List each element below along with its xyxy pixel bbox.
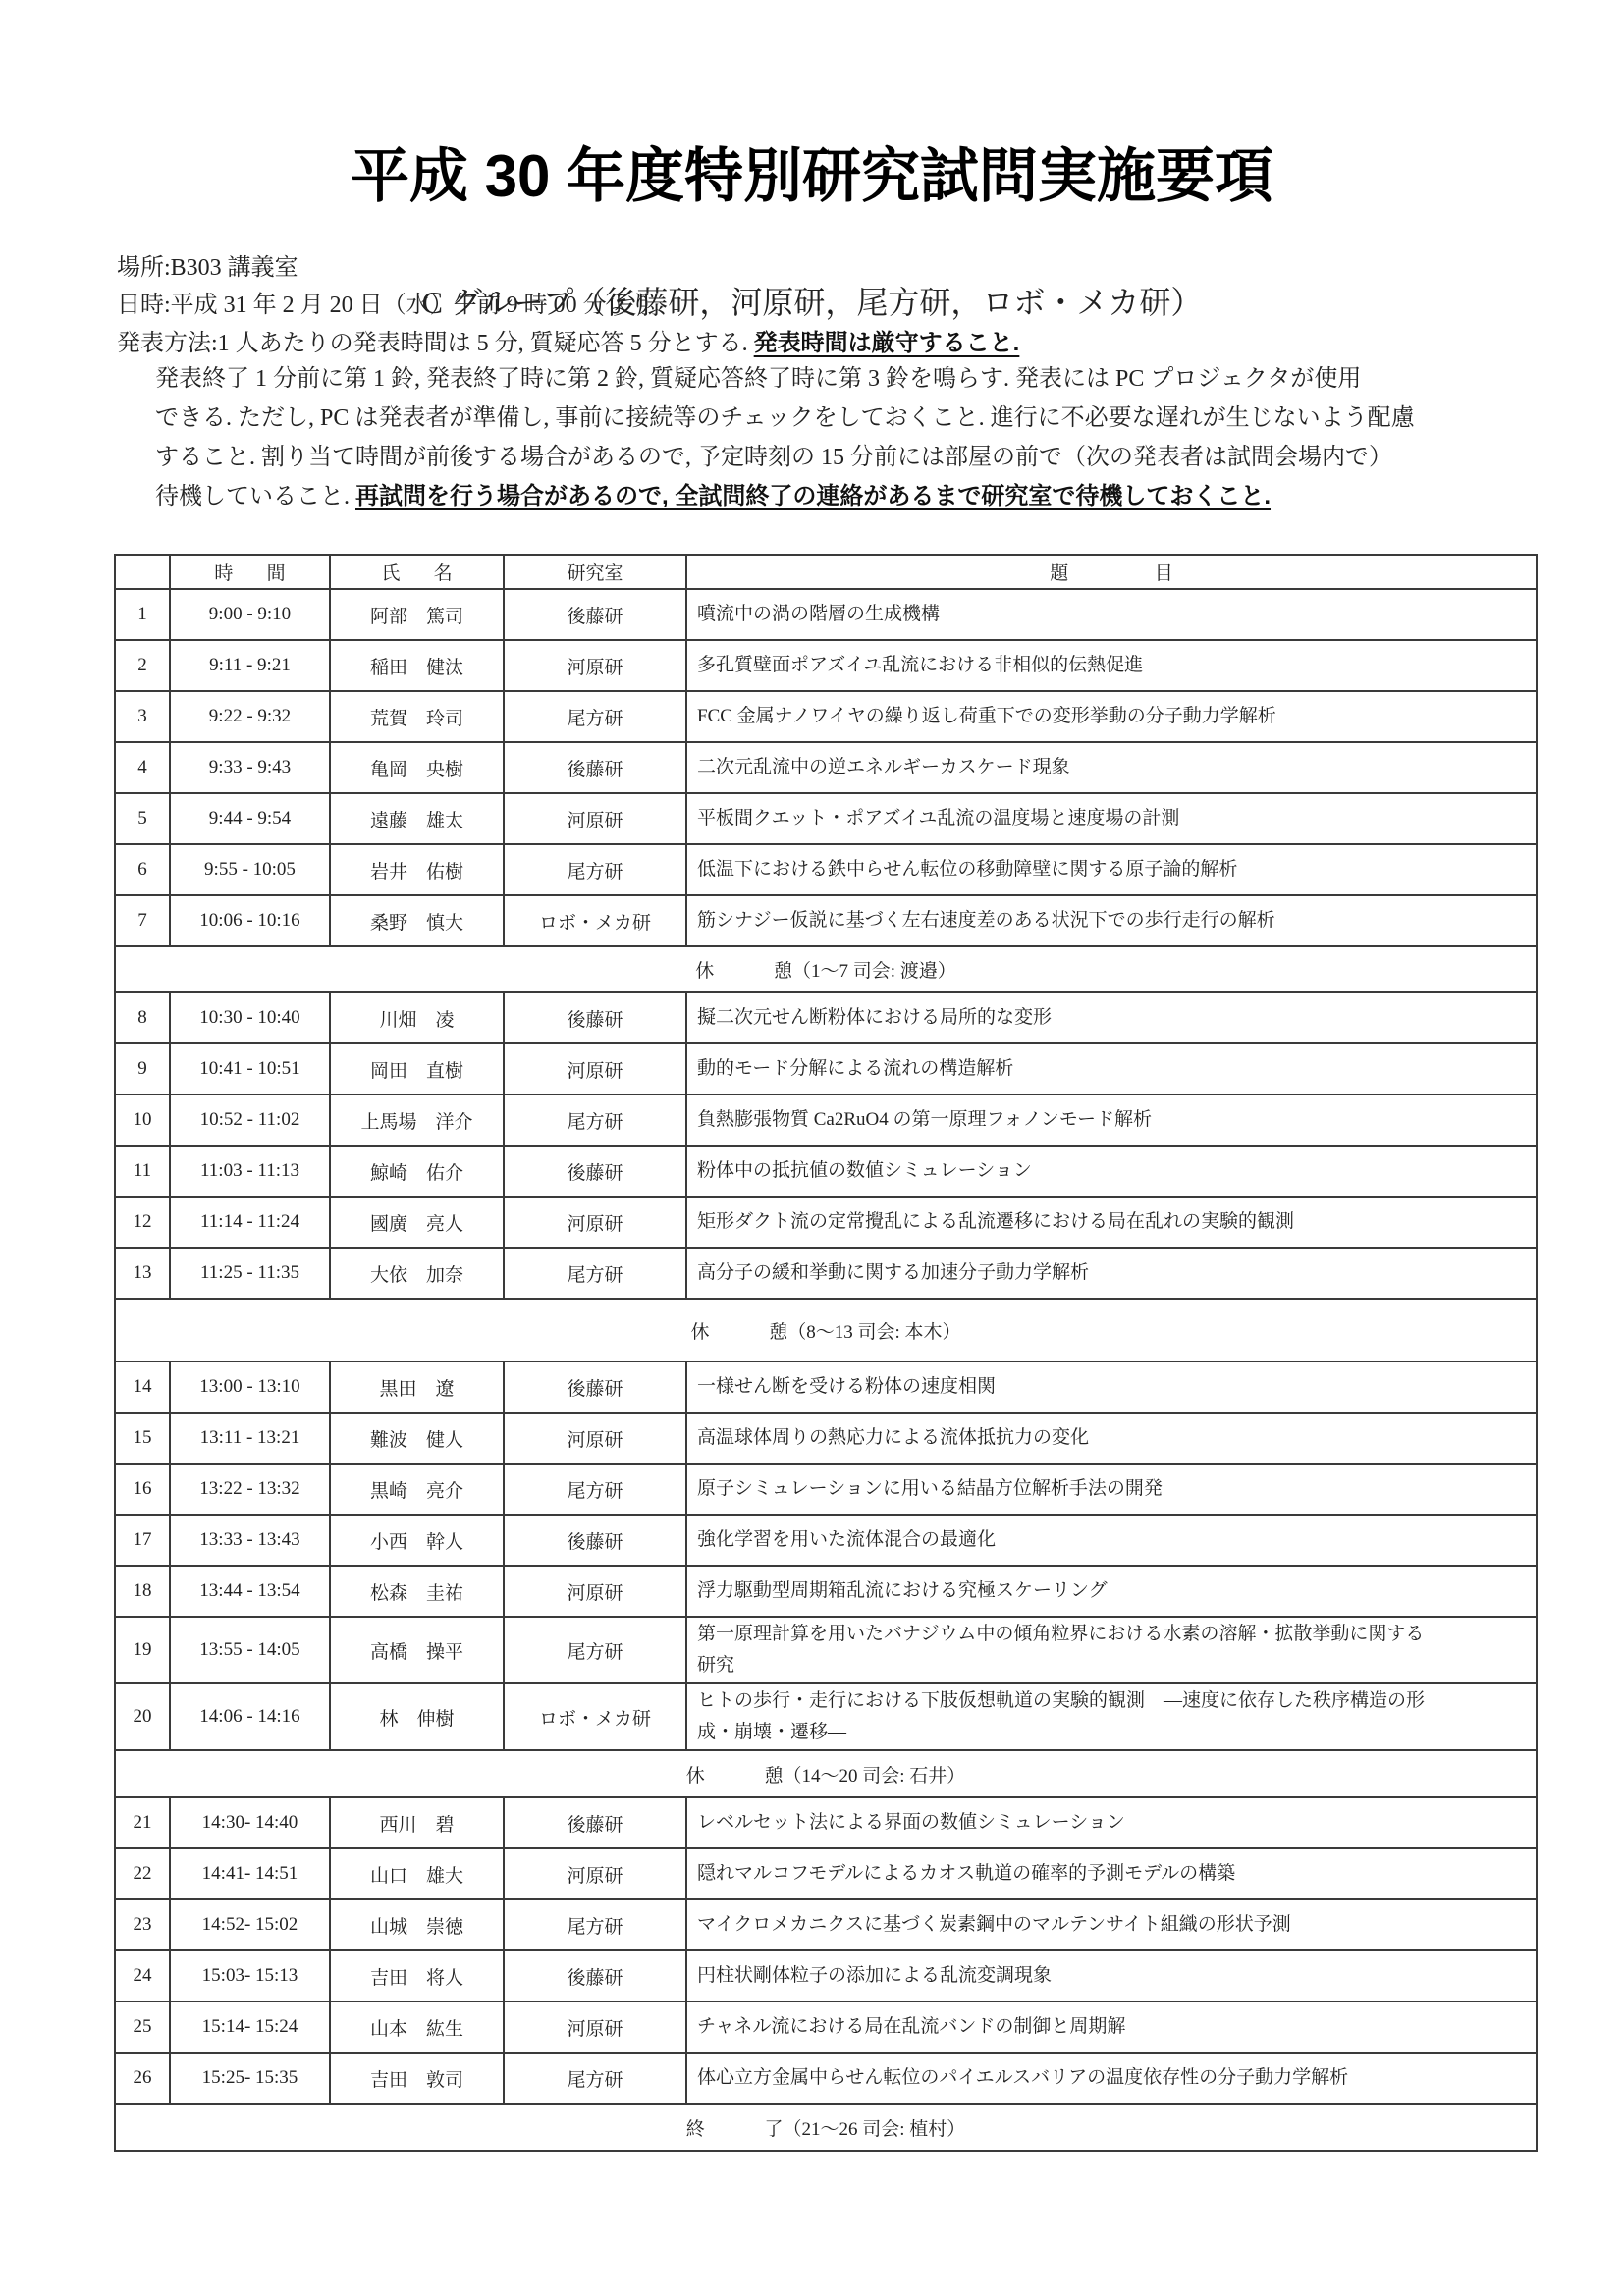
- table-row: 2114:30- 14:40西川碧後藤研レベルセット法による界面の数値シミュレー…: [115, 1797, 1537, 1848]
- cell-title: 筋シナジー仮説に基づく左右速度差のある状況下での歩行走行の解析: [686, 895, 1537, 946]
- cell-name: 西川碧: [330, 1797, 504, 1848]
- cell-time: 13:00 - 13:10: [170, 1362, 330, 1413]
- given-name: 伸樹: [417, 1709, 455, 1730]
- family-name: 遠藤: [370, 811, 407, 831]
- cell-lab: 河原研: [504, 1848, 686, 1899]
- cell-no: 16: [115, 1464, 170, 1515]
- title-line: 矩形ダクト流の定常攪乱による乱流遷移における局在乱れの実験的観測: [697, 1206, 1536, 1238]
- cell-name: 吉田敦司: [330, 2053, 504, 2104]
- cell-no: 4: [115, 742, 170, 793]
- given-name: 敦司: [426, 2070, 463, 2091]
- cell-title: 強化学習を用いた流体混合の最適化: [686, 1515, 1537, 1566]
- family-name: 難波: [370, 1430, 407, 1451]
- family-name: 吉田: [370, 2070, 407, 2091]
- cell-time: 13:22 - 13:32: [170, 1464, 330, 1515]
- given-name: 碧: [436, 1815, 455, 1836]
- header-title: 題目: [686, 555, 1537, 589]
- title-line: 隠れマルコフモデルによるカオス軌道の確率的予測モデルの構築: [697, 1858, 1536, 1890]
- break-label-a: 休: [686, 1766, 705, 1787]
- given-name: 紘生: [426, 2019, 463, 2040]
- table-row: 1813:44 - 13:54松森圭祐河原研浮力駆動型周期箱乱流における究極スケ…: [115, 1566, 1537, 1617]
- cell-lab: 尾方研: [504, 844, 686, 895]
- cell-name: 黒田遼: [330, 1362, 504, 1413]
- cell-title: 擬二次元せん断粉体における局所的な変形: [686, 992, 1537, 1043]
- family-name: 小西: [370, 1532, 407, 1553]
- cell-time: 15:25- 15:35: [170, 2053, 330, 2104]
- schedule-table: 時間 氏名 研究室 題目 19:00 - 9:10阿部篤司後藤研噴流中の渦の階層…: [114, 554, 1538, 2152]
- cell-name: 林伸樹: [330, 1683, 504, 1750]
- family-name: 川畑: [379, 1010, 416, 1031]
- cell-no: 14: [115, 1362, 170, 1413]
- family-name: 大依: [370, 1265, 407, 1286]
- cell-lab: 後藤研: [504, 992, 686, 1043]
- end-row: 終了（21～26 司会: 植村）: [115, 2104, 1537, 2151]
- header-time: 時間: [170, 555, 330, 589]
- given-name: 健人: [426, 1430, 463, 1451]
- given-name: 加奈: [426, 1265, 463, 1286]
- cell-name: 桑野慎大: [330, 895, 504, 946]
- cell-no: 19: [115, 1617, 170, 1683]
- cell-lab: 河原研: [504, 1413, 686, 1464]
- table-row: 910:41 - 10:51岡田直樹河原研動的モード分解による流れの構造解析: [115, 1043, 1537, 1095]
- cell-name: 荒賀玲司: [330, 691, 504, 742]
- cell-lab: 後藤研: [504, 1362, 686, 1413]
- cell-time: 13:11 - 13:21: [170, 1413, 330, 1464]
- family-name: 荒賀: [370, 709, 407, 729]
- given-name: 雄太: [426, 811, 463, 831]
- cell-title: FCC 金属ナノワイヤの繰り返し荷重下での変形挙動の分子動力学解析: [686, 691, 1537, 742]
- family-name: 桑野: [370, 913, 407, 934]
- cell-time: 9:00 - 9:10: [170, 589, 330, 640]
- break-row: 休憩（8～13 司会: 本木）: [115, 1299, 1537, 1362]
- family-name: 稲田: [370, 658, 407, 678]
- break-label-a: 休: [695, 961, 714, 982]
- cell-no: 26: [115, 2053, 170, 2104]
- cell-no: 3: [115, 691, 170, 742]
- cell-title: 原子シミュレーションに用いる結晶方位解析手法の開発: [686, 1464, 1537, 1515]
- header-time-a: 時: [214, 563, 233, 584]
- cell-lab: 後藤研: [504, 1146, 686, 1197]
- break-note: （8～13 司会: 本木）: [787, 1322, 960, 1343]
- given-name: 崇徳: [426, 1917, 463, 1938]
- cell-lab: 河原研: [504, 640, 686, 691]
- break-row: 休憩（1～7 司会: 渡邉）: [115, 946, 1537, 992]
- cell-no: 12: [115, 1197, 170, 1248]
- title-line: マイクロメカニクスに基づく炭素鋼中のマルテンサイト組織の形状予測: [697, 1909, 1536, 1941]
- cell-name: 國廣亮人: [330, 1197, 504, 1248]
- cell-no: 7: [115, 895, 170, 946]
- header-no: [115, 555, 170, 589]
- header-lab: 研究室: [504, 555, 686, 589]
- title-line: 負熱膨張物質 Ca2RuO4 の第一原理フォノンモード解析: [697, 1104, 1536, 1136]
- cell-name: 阿部篤司: [330, 589, 504, 640]
- cell-time: 11:14 - 11:24: [170, 1197, 330, 1248]
- paragraph-line: できる. ただし, PC は発表者が準備し, 事前に接続等のチェックをしておくこ…: [155, 399, 1502, 438]
- cell-no: 9: [115, 1043, 170, 1095]
- cell-title: 粉体中の抵抗値の数値シミュレーション: [686, 1146, 1537, 1197]
- table-row: 2214:41- 14:51山口雄大河原研隠れマルコフモデルによるカオス軌道の確…: [115, 1848, 1537, 1899]
- title-line: チャネル流における局在乱流バンドの制御と周期解: [697, 2011, 1536, 2043]
- family-name: 松森: [370, 1583, 407, 1604]
- break-row: 休憩（14～20 司会: 石井）: [115, 1750, 1537, 1797]
- given-name: 玲司: [426, 709, 463, 729]
- cell-time: 14:06 - 14:16: [170, 1683, 330, 1750]
- family-name: 黒田: [379, 1379, 416, 1400]
- title-line: 低温下における鉄中らせん転位の移動障壁に関する原子論的解析: [697, 854, 1536, 885]
- paragraph-line: 待機していること. 再試問を行う場合があるので, 全試問終了の連絡があるまで研究…: [155, 477, 1502, 516]
- cell-no: 5: [115, 793, 170, 844]
- method-label: 発表方法:: [117, 331, 218, 356]
- title-line: 噴流中の渦の階層の生成機構: [697, 599, 1536, 630]
- cell-time: 14:30- 14:40: [170, 1797, 330, 1848]
- cell-no: 15: [115, 1413, 170, 1464]
- table-row: 59:44 - 9:54遠藤雄太河原研平板間クエット・ポアズイユ乱流の温度場と速…: [115, 793, 1537, 844]
- given-name: 凌: [436, 1010, 455, 1031]
- info-place: 場所:B303 講義室: [117, 249, 298, 287]
- break-note: （21～26 司会: 植村）: [784, 2119, 966, 2140]
- cell-title: 円柱状剛体粒子の添加による乱流変調現象: [686, 1950, 1537, 2002]
- cell-no: 11: [115, 1146, 170, 1197]
- family-name: 西川: [379, 1815, 416, 1836]
- title-line: 粉体中の抵抗値の数値シミュレーション: [697, 1155, 1536, 1187]
- header-title-b: 目: [1155, 563, 1173, 584]
- cell-time: 13:44 - 13:54: [170, 1566, 330, 1617]
- table-row: 1311:25 - 11:35大依加奈尾方研高分子の緩和挙動に関する加速分子動力…: [115, 1248, 1537, 1299]
- family-name: 鯨崎: [370, 1163, 407, 1184]
- cell-time: 15:03- 15:13: [170, 1950, 330, 2002]
- cell-title: 第一原理計算を用いたバナジウム中の傾角粒界における水素の溶解・拡散挙動に関する研…: [686, 1617, 1537, 1683]
- table-row: 69:55 - 10:05岩井佑樹尾方研低温下における鉄中らせん転位の移動障壁に…: [115, 844, 1537, 895]
- cell-title: マイクロメカニクスに基づく炭素鋼中のマルテンサイト組織の形状予測: [686, 1899, 1537, 1950]
- table-row: 39:22 - 9:32荒賀玲司尾方研FCC 金属ナノワイヤの繰り返し荷重下での…: [115, 691, 1537, 742]
- header-time-b: 間: [267, 563, 286, 584]
- given-name: 央樹: [426, 760, 463, 780]
- cell-no: 20: [115, 1683, 170, 1750]
- table-row: 1513:11 - 13:21難波健人河原研高温球体周りの熱応力による流体抵抗力…: [115, 1413, 1537, 1464]
- given-name: 亮介: [426, 1481, 463, 1502]
- method-value: 1 人あたりの発表時間は 5 分, 質疑応答 5 分とする.: [218, 331, 754, 356]
- family-name: 岩井: [370, 862, 407, 882]
- datetime-label: 日時:: [117, 293, 171, 318]
- cell-no: 18: [115, 1566, 170, 1617]
- title-line: 強化学習を用いた流体混合の最適化: [697, 1524, 1536, 1556]
- cell-name: 鯨崎佑介: [330, 1146, 504, 1197]
- family-name: 亀岡: [370, 760, 407, 780]
- cell-name: 岩井佑樹: [330, 844, 504, 895]
- cell-title: レベルセット法による界面の数値シミュレーション: [686, 1797, 1537, 1848]
- cell-name: 山城崇徳: [330, 1899, 504, 1950]
- cell-time: 14:52- 15:02: [170, 1899, 330, 1950]
- cell-time: 9:11 - 9:21: [170, 640, 330, 691]
- cell-lab: 尾方研: [504, 2053, 686, 2104]
- title-line: 高温球体周りの熱応力による流体抵抗力の変化: [697, 1422, 1536, 1454]
- schedule-body: 19:00 - 9:10阿部篤司後藤研噴流中の渦の階層の生成機構29:11 - …: [115, 589, 1537, 2151]
- title-line: 多孔質壁面ポアズイユ乱流における非相似的伝熱促進: [697, 650, 1536, 681]
- cell-name: 吉田将人: [330, 1950, 504, 2002]
- place-value: B303 講義室: [171, 255, 298, 281]
- document-title: 平成 30 年度特別研究試問実施要項: [0, 135, 1624, 218]
- cell-title: チャネル流における局在乱流バンドの制御と周期解: [686, 2002, 1537, 2053]
- title-line: 体心立方金属中らせん転位のパイエルスバリアの温度依存性の分子動力学解析: [697, 2062, 1536, 2094]
- cell-name: 山口雄大: [330, 1848, 504, 1899]
- table-row: 1913:55 - 14:05高橋操平尾方研第一原理計算を用いたバナジウム中の傾…: [115, 1617, 1537, 1683]
- family-name: 山本: [370, 2019, 407, 2040]
- family-name: 山口: [370, 1866, 407, 1887]
- cell-time: 9:33 - 9:43: [170, 742, 330, 793]
- family-name: 高橋: [370, 1642, 407, 1663]
- cell-lab: 後藤研: [504, 742, 686, 793]
- table-row: 19:00 - 9:10阿部篤司後藤研噴流中の渦の階層の生成機構: [115, 589, 1537, 640]
- cell-time: 13:33 - 13:43: [170, 1515, 330, 1566]
- title-line: 筋シナジー仮説に基づく左右速度差のある状況下での歩行走行の解析: [697, 905, 1536, 936]
- header-name-a: 氏: [381, 563, 400, 584]
- cell-title: 負熱膨張物質 Ca2RuO4 の第一原理フォノンモード解析: [686, 1095, 1537, 1146]
- family-name: 岡田: [370, 1061, 407, 1082]
- break-label-a: 終: [686, 2119, 705, 2140]
- cell-time: 9:55 - 10:05: [170, 844, 330, 895]
- given-name: 洋介: [436, 1112, 473, 1133]
- cell-no: 21: [115, 1797, 170, 1848]
- cell-title: 高分子の緩和挙動に関する加速分子動力学解析: [686, 1248, 1537, 1299]
- cell-no: 13: [115, 1248, 170, 1299]
- title-line: ヒトの歩行・走行における下肢仮想軌道の実験的観測 ―速度に依存した秩序構造の形: [697, 1685, 1536, 1717]
- given-name: 亮人: [426, 1214, 463, 1235]
- cell-name: 松森圭祐: [330, 1566, 504, 1617]
- cell-time: 10:30 - 10:40: [170, 992, 330, 1043]
- cell-title: 平板間クエット・ポアズイユ乱流の温度場と速度場の計測: [686, 793, 1537, 844]
- title-line: 高分子の緩和挙動に関する加速分子動力学解析: [697, 1257, 1536, 1289]
- cell-name: 川畑凌: [330, 992, 504, 1043]
- break-label-b: 了: [765, 2119, 784, 2140]
- cell-name: 岡田直樹: [330, 1043, 504, 1095]
- title-line: 研究: [697, 1650, 1536, 1682]
- title-line: 第一原理計算を用いたバナジウム中の傾角粒界における水素の溶解・拡散挙動に関する: [697, 1619, 1536, 1650]
- table-row: 2314:52- 15:02山城崇徳尾方研マイクロメカニクスに基づく炭素鋼中のマ…: [115, 1899, 1537, 1950]
- table-row: 29:11 - 9:21稲田健汰河原研多孔質壁面ポアズイユ乱流における非相似的伝…: [115, 640, 1537, 691]
- cell-no: 22: [115, 1848, 170, 1899]
- info-method: 発表方法:1 人あたりの発表時間は 5 分, 質疑応答 5 分とする. 発表時間…: [117, 325, 1019, 362]
- family-name: 山城: [370, 1917, 407, 1938]
- cell-title: 低温下における鉄中らせん転位の移動障壁に関する原子論的解析: [686, 844, 1537, 895]
- table-row: 810:30 - 10:40川畑凌後藤研擬二次元せん断粉体における局所的な変形: [115, 992, 1537, 1043]
- given-name: 篤司: [426, 607, 463, 627]
- given-name: 雄大: [426, 1866, 463, 1887]
- header-name: 氏名: [330, 555, 504, 589]
- table-row: 1613:22 - 13:32黒崎亮介尾方研原子シミュレーションに用いる結晶方位…: [115, 1464, 1537, 1515]
- cell-time: 10:41 - 10:51: [170, 1043, 330, 1095]
- table-row: 1713:33 - 13:43小西幹人後藤研強化学習を用いた流体混合の最適化: [115, 1515, 1537, 1566]
- cell-title: 矩形ダクト流の定常攪乱による乱流遷移における局在乱れの実験的観測: [686, 1197, 1537, 1248]
- title-line: 成・崩壊・遷移―: [697, 1717, 1536, 1748]
- given-name: 操平: [426, 1642, 463, 1663]
- cell-name: 小西幹人: [330, 1515, 504, 1566]
- cell-lab: 尾方研: [504, 1899, 686, 1950]
- cell-time: 10:06 - 10:16: [170, 895, 330, 946]
- cell-lab: 河原研: [504, 2002, 686, 2053]
- cell-time: 14:41- 14:51: [170, 1848, 330, 1899]
- cell-no: 10: [115, 1095, 170, 1146]
- cell-no: 24: [115, 1950, 170, 2002]
- table-row: 1010:52 - 11:02上馬場洋介尾方研負熱膨張物質 Ca2RuO4 の第…: [115, 1095, 1537, 1146]
- cell-no: 6: [115, 844, 170, 895]
- cell-no: 8: [115, 992, 170, 1043]
- given-name: 直樹: [426, 1061, 463, 1082]
- cell-lab: ロボ・メカ研: [504, 895, 686, 946]
- paragraph-emphasis: 再試問を行う場合があるので, 全試問終了の連絡があるまで研究室で待機しておくこと…: [355, 483, 1271, 509]
- cell-no: 17: [115, 1515, 170, 1566]
- datetime-value: 平成 31 年 2 月 20 日（水）午前 9 時 00 分より: [171, 293, 654, 318]
- method-emphasis: 発表時間は厳守すること.: [754, 330, 1020, 356]
- instructions-paragraph: 発表終了 1 分前に第 1 鈴, 発表終了時に第 2 鈴, 質疑応答終了時に第 …: [155, 359, 1502, 516]
- cell-title: 多孔質壁面ポアズイユ乱流における非相似的伝熱促進: [686, 640, 1537, 691]
- given-name: 圭祐: [426, 1583, 463, 1604]
- title-line: 二次元乱流中の逆エネルギーカスケード現象: [697, 752, 1536, 783]
- break-label-b: 憩: [769, 1322, 787, 1343]
- cell-lab: 後藤研: [504, 589, 686, 640]
- given-name: 幹人: [426, 1532, 463, 1553]
- cell-title: 動的モード分解による流れの構造解析: [686, 1043, 1537, 1095]
- cell-name: 上馬場洋介: [330, 1095, 504, 1146]
- cell-lab: 河原研: [504, 1197, 686, 1248]
- cell-time: 11:03 - 11:13: [170, 1146, 330, 1197]
- cell-time: 11:25 - 11:35: [170, 1248, 330, 1299]
- cell-time: 9:44 - 9:54: [170, 793, 330, 844]
- table-row: 1111:03 - 11:13鯨崎佑介後藤研粉体中の抵抗値の数値シミュレーション: [115, 1146, 1537, 1197]
- family-name: 國廣: [370, 1214, 407, 1235]
- table-header-row: 時間 氏名 研究室 題目: [115, 555, 1537, 589]
- cell-lab: 後藤研: [504, 1797, 686, 1848]
- cell-name: 山本紘生: [330, 2002, 504, 2053]
- cell-lab: 後藤研: [504, 1515, 686, 1566]
- cell-lab: 後藤研: [504, 1950, 686, 2002]
- cell-time: 10:52 - 11:02: [170, 1095, 330, 1146]
- header-name-b: 名: [434, 563, 453, 584]
- place-label: 場所:: [117, 255, 171, 281]
- table-row: 1211:14 - 11:24國廣亮人河原研矩形ダクト流の定常攪乱による乱流遷移…: [115, 1197, 1537, 1248]
- cell-name: 高橋操平: [330, 1617, 504, 1683]
- break-cell: 休憩（14～20 司会: 石井）: [115, 1750, 1537, 1797]
- header-title-a: 題: [1050, 563, 1068, 584]
- title-line: レベルセット法による界面の数値シミュレーション: [697, 1807, 1536, 1839]
- given-name: 佑樹: [426, 862, 463, 882]
- given-name: 遼: [436, 1379, 455, 1400]
- cell-lab: 尾方研: [504, 1248, 686, 1299]
- cell-lab: 尾方研: [504, 1617, 686, 1683]
- family-name: 阿部: [370, 607, 407, 627]
- cell-title: 体心立方金属中らせん転位のパイエルスバリアの温度依存性の分子動力学解析: [686, 2053, 1537, 2104]
- cell-title: ヒトの歩行・走行における下肢仮想軌道の実験的観測 ―速度に依存した秩序構造の形成…: [686, 1683, 1537, 1750]
- title-line: FCC 金属ナノワイヤの繰り返し荷重下での変形挙動の分子動力学解析: [697, 701, 1536, 732]
- given-name: 将人: [426, 1968, 463, 1989]
- family-name: 黒崎: [370, 1481, 407, 1502]
- paragraph-line: すること. 割り当て時間が前後する場合があるので, 予定時刻の 15 分前には部…: [155, 438, 1502, 477]
- cell-name: 遠藤雄太: [330, 793, 504, 844]
- cell-time: 13:55 - 14:05: [170, 1617, 330, 1683]
- cell-name: 大依加奈: [330, 1248, 504, 1299]
- given-name: 健汰: [426, 658, 463, 678]
- cell-no: 23: [115, 1899, 170, 1950]
- family-name: 林: [379, 1709, 398, 1730]
- cell-title: 噴流中の渦の階層の生成機構: [686, 589, 1537, 640]
- cell-title: 二次元乱流中の逆エネルギーカスケード現象: [686, 742, 1537, 793]
- cell-name: 稲田健汰: [330, 640, 504, 691]
- table-row: 2014:06 - 14:16林伸樹ロボ・メカ研ヒトの歩行・走行における下肢仮想…: [115, 1683, 1537, 1750]
- title-line: 円柱状剛体粒子の添加による乱流変調現象: [697, 1960, 1536, 1992]
- title-line: 浮力駆動型周期箱乱流における究極スケーリング: [697, 1575, 1536, 1607]
- cell-lab: 尾方研: [504, 1095, 686, 1146]
- cell-title: 一様せん断を受ける粉体の速度相関: [686, 1362, 1537, 1413]
- cell-title: 隠れマルコフモデルによるカオス軌道の確率的予測モデルの構築: [686, 1848, 1537, 1899]
- cell-name: 難波健人: [330, 1413, 504, 1464]
- paragraph-line: 発表終了 1 分前に第 1 鈴, 発表終了時に第 2 鈴, 質疑応答終了時に第 …: [155, 359, 1502, 399]
- title-line: 平板間クエット・ポアズイユ乱流の温度場と速度場の計測: [697, 803, 1536, 834]
- break-cell: 休憩（1～7 司会: 渡邉）: [115, 946, 1537, 992]
- title-line: 一様せん断を受ける粉体の速度相関: [697, 1371, 1536, 1403]
- break-note: （1～7 司会: 渡邉）: [792, 961, 956, 982]
- cell-name: 亀岡央樹: [330, 742, 504, 793]
- title-line: 原子シミュレーションに用いる結晶方位解析手法の開発: [697, 1473, 1536, 1505]
- table-row: 2615:25- 15:35吉田敦司尾方研体心立方金属中らせん転位のパイエルスバ…: [115, 2053, 1537, 2104]
- title-line: 動的モード分解による流れの構造解析: [697, 1053, 1536, 1085]
- title-line: 擬二次元せん断粉体における局所的な変形: [697, 1002, 1536, 1034]
- break-cell: 休憩（8～13 司会: 本木）: [115, 1299, 1537, 1362]
- cell-lab: 尾方研: [504, 691, 686, 742]
- cell-no: 2: [115, 640, 170, 691]
- family-name: 上馬場: [360, 1112, 416, 1133]
- given-name: 佑介: [426, 1163, 463, 1184]
- cell-time: 9:22 - 9:32: [170, 691, 330, 742]
- table-row: 2415:03- 15:13吉田将人後藤研円柱状剛体粒子の添加による乱流変調現象: [115, 1950, 1537, 2002]
- cell-lab: 河原研: [504, 1043, 686, 1095]
- cell-lab: 河原研: [504, 1566, 686, 1617]
- cell-no: 25: [115, 2002, 170, 2053]
- cell-lab: 尾方研: [504, 1464, 686, 1515]
- break-label-b: 憩: [774, 961, 792, 982]
- break-label-a: 休: [690, 1322, 709, 1343]
- break-note: （14～20 司会: 石井）: [784, 1766, 966, 1787]
- break-label-b: 憩: [765, 1766, 784, 1787]
- cell-name: 黒崎亮介: [330, 1464, 504, 1515]
- table-row: 710:06 - 10:16桑野慎大ロボ・メカ研筋シナジー仮説に基づく左右速度差…: [115, 895, 1537, 946]
- break-cell: 終了（21～26 司会: 植村）: [115, 2104, 1537, 2151]
- table-row: 49:33 - 9:43亀岡央樹後藤研二次元乱流中の逆エネルギーカスケード現象: [115, 742, 1537, 793]
- table-row: 2515:14- 15:24山本紘生河原研チャネル流における局在乱流バンドの制御…: [115, 2002, 1537, 2053]
- cell-title: 高温球体周りの熱応力による流体抵抗力の変化: [686, 1413, 1537, 1464]
- paragraph-line-plain: 待機していること.: [155, 484, 355, 509]
- info-datetime: 日時:平成 31 年 2 月 20 日（水）午前 9 時 00 分より: [117, 287, 654, 324]
- cell-time: 15:14- 15:24: [170, 2002, 330, 2053]
- cell-no: 1: [115, 589, 170, 640]
- given-name: 慎大: [426, 913, 463, 934]
- family-name: 吉田: [370, 1968, 407, 1989]
- cell-title: 浮力駆動型周期箱乱流における究極スケーリング: [686, 1566, 1537, 1617]
- cell-lab: ロボ・メカ研: [504, 1683, 686, 1750]
- cell-lab: 河原研: [504, 793, 686, 844]
- table-row: 1413:00 - 13:10黒田遼後藤研一様せん断を受ける粉体の速度相関: [115, 1362, 1537, 1413]
